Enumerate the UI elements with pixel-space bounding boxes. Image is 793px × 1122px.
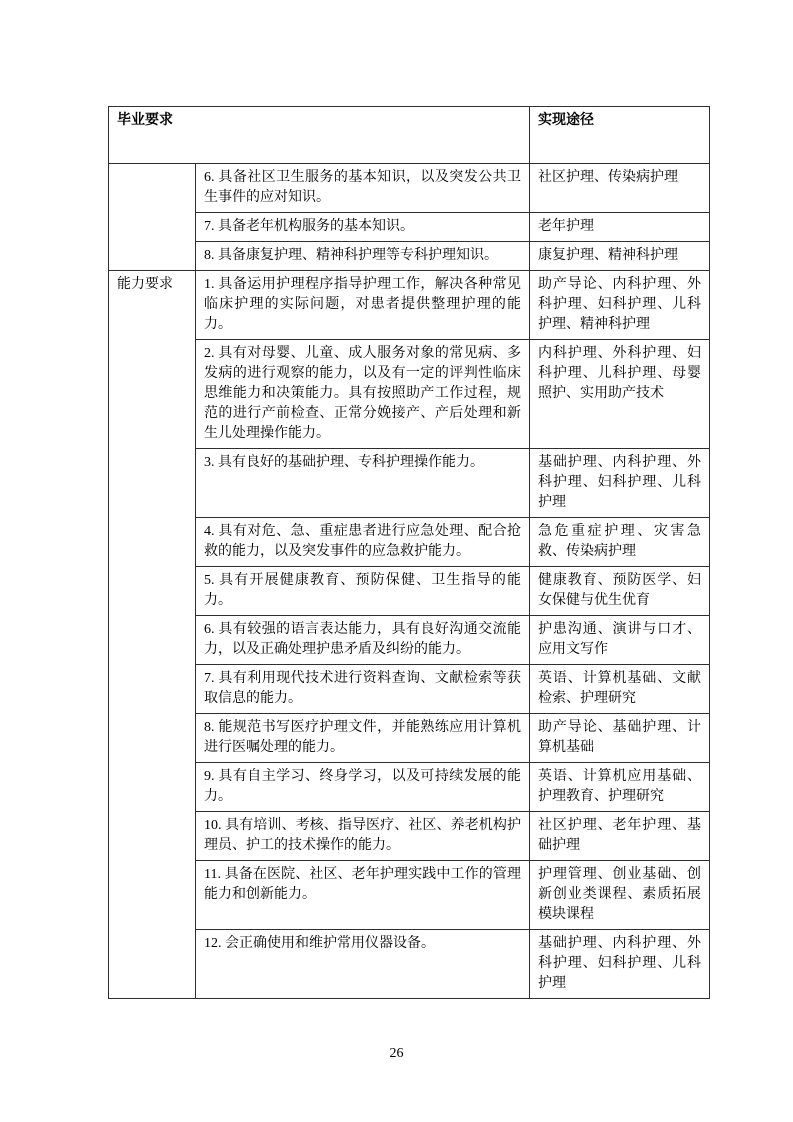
path-cell: 内科护理、外科护理、妇科护理、儿科护理、母婴照护、实用助产技术 xyxy=(530,340,710,449)
path-cell: 基础护理、内科护理、外科护理、妇科护理、儿科护理 xyxy=(530,449,710,518)
requirement-cell: 11. 具备在医院、社区、老年护理实践中工作的管理能力和创新能力。 xyxy=(196,861,530,930)
table-body: 毕业要求 实现途径 6. 具备社区卫生服务的基本知识，以及突发公共卫生事件的应对… xyxy=(109,107,710,999)
section-label: 能力要求 xyxy=(109,271,196,999)
table-header-row: 毕业要求 实现途径 xyxy=(109,107,710,164)
table-row: 10. 具有培训、考核、指导医疗、社区、养老机构护理员、护工的技术操作的能力。社… xyxy=(109,812,710,861)
path-cell: 康复护理、精神科护理 xyxy=(530,242,710,271)
path-cell: 护理管理、创业基础、创新创业类课程、素质拓展模块课程 xyxy=(530,861,710,930)
table-row: 9. 具有自主学习、终身学习，以及可持续发展的能力。英语、计算机应用基础、护理教… xyxy=(109,763,710,812)
column-header-path: 实现途径 xyxy=(530,107,710,164)
table-row: 11. 具备在医院、社区、老年护理实践中工作的管理能力和创新能力。护理管理、创业… xyxy=(109,861,710,930)
requirement-cell: 4. 具有对危、急、重症患者进行应急处理、配合抢救的能力，以及突发事件的应急救护… xyxy=(196,518,530,567)
path-cell: 急危重症护理、灾害急救、传染病护理 xyxy=(530,518,710,567)
page-number: 26 xyxy=(0,1046,793,1062)
requirement-cell: 1. 具备运用护理程序指导护理工作，解决各种常见临床护理的实际问题，对患者提供整… xyxy=(196,271,530,340)
table-row: 8. 能规范书写医疗护理文件，并能熟练应用计算机进行医嘱处理的能力。助产导论、基… xyxy=(109,714,710,763)
requirement-cell: 6. 具有较强的语言表达能力，具有良好沟通交流能力，以及正确处理护患矛盾及纠纷的… xyxy=(196,616,530,665)
requirement-cell: 10. 具有培训、考核、指导医疗、社区、养老机构护理员、护工的技术操作的能力。 xyxy=(196,812,530,861)
requirement-cell: 7. 具有利用现代技术进行资料查询、文献检索等获取信息的能力。 xyxy=(196,665,530,714)
requirement-cell: 5. 具有开展健康教育、预防保健、卫生指导的能力。 xyxy=(196,567,530,616)
table-row: 12. 会正确使用和维护常用仪器设备。基础护理、内科护理、外科护理、妇科护理、儿… xyxy=(109,930,710,999)
requirement-cell: 8. 具备康复护理、精神科护理等专科护理知识。 xyxy=(196,242,530,271)
requirement-cell: 8. 能规范书写医疗护理文件，并能熟练应用计算机进行医嘱处理的能力。 xyxy=(196,714,530,763)
graduation-requirements-table: 毕业要求 实现途径 6. 具备社区卫生服务的基本知识，以及突发公共卫生事件的应对… xyxy=(108,106,710,999)
requirement-cell: 3. 具有良好的基础护理、专科护理操作能力。 xyxy=(196,449,530,518)
path-cell: 英语、计算机基础、文献检索、护理研究 xyxy=(530,665,710,714)
column-header-requirement: 毕业要求 xyxy=(109,107,530,164)
requirement-cell: 12. 会正确使用和维护常用仪器设备。 xyxy=(196,930,530,999)
path-cell: 健康教育、预防医学、妇女保健与优生优育 xyxy=(530,567,710,616)
table-row: 8. 具备康复护理、精神科护理等专科护理知识。康复护理、精神科护理 xyxy=(109,242,710,271)
table-row: 5. 具有开展健康教育、预防保健、卫生指导的能力。健康教育、预防医学、妇女保健与… xyxy=(109,567,710,616)
table-row: 7. 具有利用现代技术进行资料查询、文献检索等获取信息的能力。英语、计算机基础、… xyxy=(109,665,710,714)
requirement-cell: 9. 具有自主学习、终身学习，以及可持续发展的能力。 xyxy=(196,763,530,812)
path-cell: 老年护理 xyxy=(530,213,710,242)
table-row: 2. 具有对母婴、儿童、成人服务对象的常见病、多发病的进行观察的能力，以及有一定… xyxy=(109,340,710,449)
document-page: 毕业要求 实现途径 6. 具备社区卫生服务的基本知识，以及突发公共卫生事件的应对… xyxy=(0,0,793,1122)
path-cell: 助产导论、内科护理、外科护理、妇科护理、儿科护理、精神科护理 xyxy=(530,271,710,340)
path-cell: 社区护理、传染病护理 xyxy=(530,164,710,213)
table-row: 4. 具有对危、急、重症患者进行应急处理、配合抢救的能力，以及突发事件的应急救护… xyxy=(109,518,710,567)
table-row: 6. 具备社区卫生服务的基本知识，以及突发公共卫生事件的应对知识。社区护理、传染… xyxy=(109,164,710,213)
table-row: 能力要求1. 具备运用护理程序指导护理工作，解决各种常见临床护理的实际问题，对患… xyxy=(109,271,710,340)
table-row: 6. 具有较强的语言表达能力，具有良好沟通交流能力，以及正确处理护患矛盾及纠纷的… xyxy=(109,616,710,665)
requirement-cell: 7. 具备老年机构服务的基本知识。 xyxy=(196,213,530,242)
path-cell: 英语、计算机应用基础、护理教育、护理研究 xyxy=(530,763,710,812)
path-cell: 社区护理、老年护理、基础护理 xyxy=(530,812,710,861)
path-cell: 助产导论、基础护理、计算机基础 xyxy=(530,714,710,763)
table-row: 3. 具有良好的基础护理、专科护理操作能力。基础护理、内科护理、外科护理、妇科护… xyxy=(109,449,710,518)
path-cell: 护患沟通、演讲与口才、应用文写作 xyxy=(530,616,710,665)
section-label xyxy=(109,164,196,271)
requirement-cell: 2. 具有对母婴、儿童、成人服务对象的常见病、多发病的进行观察的能力，以及有一定… xyxy=(196,340,530,449)
requirement-cell: 6. 具备社区卫生服务的基本知识，以及突发公共卫生事件的应对知识。 xyxy=(196,164,530,213)
path-cell: 基础护理、内科护理、外科护理、妇科护理、儿科护理 xyxy=(530,930,710,999)
table-row: 7. 具备老年机构服务的基本知识。老年护理 xyxy=(109,213,710,242)
